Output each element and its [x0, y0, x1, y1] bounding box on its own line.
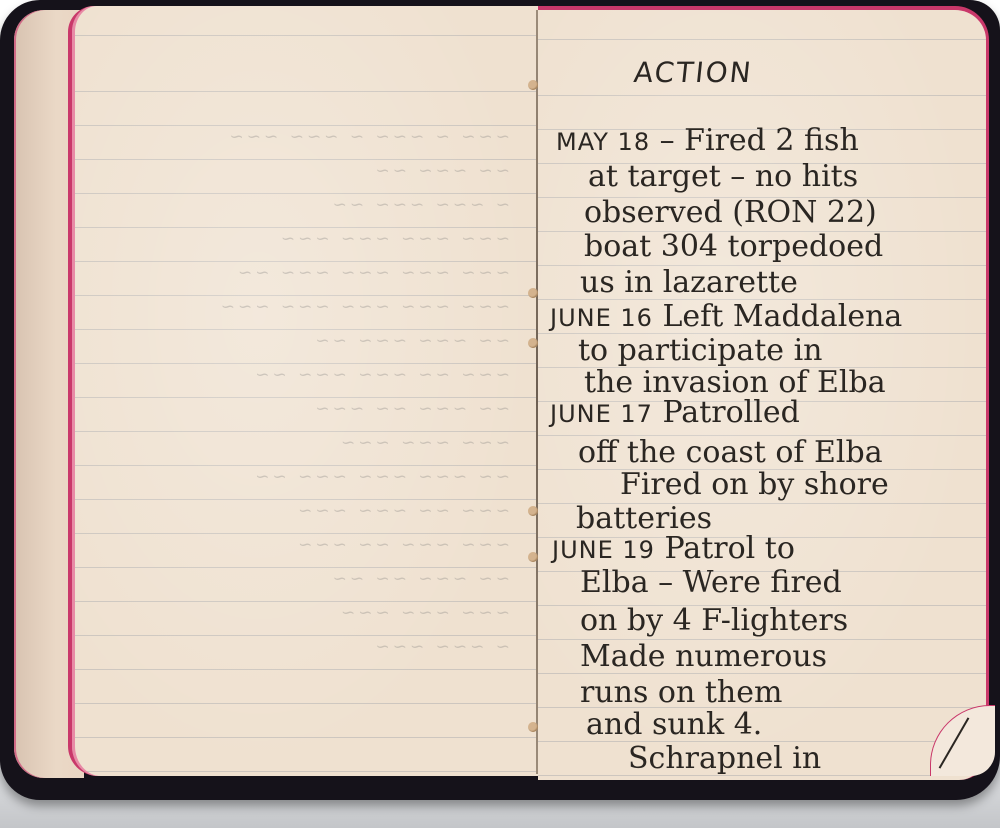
bleed-line: ~ ~~~ ~~~ ~~	[110, 188, 510, 222]
bleed-line: ~~~ ~~ ~~~ ~~~	[110, 494, 510, 528]
entry-date: JUNE 16	[550, 304, 653, 332]
entry-text: – Fired 2 fish	[650, 123, 859, 158]
binding-spine	[536, 10, 538, 774]
bleed-line: ~~ ~~~ ~~~ ~~~ ~~	[110, 460, 510, 494]
diary-line: us in lazarette	[580, 266, 798, 300]
binding-stitch	[528, 722, 538, 732]
diary-line: at target – no hits	[588, 160, 858, 194]
page-title: ACTION	[632, 56, 754, 89]
bleed-line: ~~ ~~~ ~~	[110, 154, 510, 188]
diary-line: boat 304 torpedoed	[584, 230, 883, 264]
diary-line: JUNE 17 Patrolled	[550, 396, 800, 431]
bleed-line: ~~~ ~ ~~~ ~ ~~~ ~~~	[110, 120, 510, 154]
diary-line: Elba – Were fired	[580, 566, 842, 600]
diary-line: JUNE 19 Patrol to	[552, 532, 795, 567]
diary-line: Fired on by shore	[620, 468, 889, 502]
binding-stitch	[528, 506, 538, 516]
binding-stitch	[528, 288, 538, 298]
binding-stitch	[528, 338, 538, 348]
bleed-line: ~~ ~~~ ~~~ ~~	[110, 324, 510, 358]
diary-line: observed (RON 22)	[584, 196, 877, 230]
bleed-line: ~ ~~~ ~~~	[110, 630, 510, 664]
diary-line: Made numerous	[580, 640, 827, 674]
bleed-line: ~~~ ~~~ ~~~ ~~~	[110, 222, 510, 256]
entry-text: Patrolled	[653, 395, 800, 430]
binding-stitch	[528, 80, 538, 90]
entry-text: Left Maddalena	[653, 299, 902, 334]
diary-line: Schrapnel in	[628, 742, 821, 776]
bleed-line: ~~~ ~~~ ~~~ ~~~ ~~~	[110, 290, 510, 324]
entry-date: JUNE 19	[552, 536, 655, 564]
diary-line: off the coast of Elba	[578, 436, 883, 470]
diary-line: to participate in	[578, 334, 822, 368]
binding-stitch	[528, 552, 538, 562]
entry-date: JUNE 17	[550, 400, 653, 428]
entry-date: MAY 18	[556, 128, 650, 156]
diary-line: runs on them	[580, 676, 782, 710]
bleed-line: ~~ ~~~ ~~ ~~	[110, 562, 510, 596]
bleed-line: ~~~ ~~~ ~~~	[110, 596, 510, 630]
diary-line: and sunk 4.	[586, 708, 762, 742]
bleed-line: ~~ ~~~ ~~ ~~~	[110, 392, 510, 426]
bleed-line: ~~~ ~~~ ~~~ ~~~ ~~	[110, 256, 510, 290]
bleed-line: ~~~ ~~ ~~~ ~~~ ~~	[110, 358, 510, 392]
diary-line: on by 4 F-lighters	[580, 604, 848, 638]
bleed-line: ~~~ ~~~ ~~~	[110, 426, 510, 460]
diary-line: JUNE 16 Left Maddalena	[550, 300, 902, 335]
left-page-bleed-through: ~~~ ~ ~~~ ~ ~~~ ~~~ ~~ ~~~ ~~ ~ ~~~ ~~~ …	[110, 120, 510, 740]
bleed-line: ~~~ ~~~ ~~ ~~~	[110, 528, 510, 562]
diary-line: MAY 18 – Fired 2 fish	[556, 124, 859, 159]
entry-text: Patrol to	[655, 531, 795, 566]
